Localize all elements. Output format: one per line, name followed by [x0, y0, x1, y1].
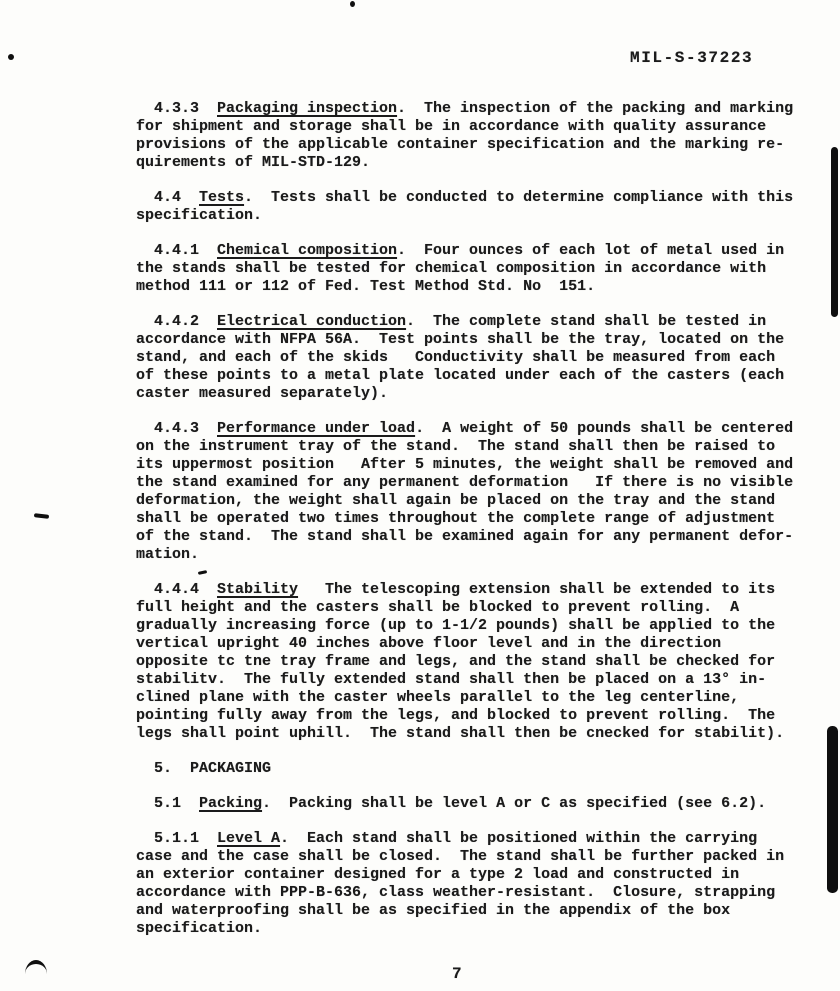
body-text: 5.1.1: [136, 830, 217, 847]
body-text: The telescoping extension shall be exten…: [136, 581, 784, 742]
document-body: 4.3.3 Packaging inspection. The inspecti…: [136, 100, 836, 955]
scan-arc-bottom-left: [25, 960, 47, 974]
scan-edge-bar-upper: [831, 147, 838, 317]
para-4-4-1: 4.4.1 Chemical composition. Four ounces …: [136, 242, 836, 296]
para-5-1: 5.1 Packing. Packing shall be level A or…: [136, 795, 836, 813]
para-4-4-3: 4.4.3 Performance under load. A weight o…: [136, 420, 836, 564]
para-5: 5. PACKAGING: [136, 760, 836, 778]
para-4-4-2: 4.4.2 Electrical conduction. The complet…: [136, 313, 836, 403]
scanned-document-page: MIL-S-37223 4.3.3 Packaging inspection. …: [0, 0, 840, 991]
para-4-4: 4.4 Tests. Tests shall be conducted to d…: [136, 189, 836, 225]
body-text: 4.3.3: [136, 100, 217, 117]
section-title: Electrical conduction: [217, 313, 406, 330]
para-4-4-4: 4.4.4 Stability The telescoping extensio…: [136, 581, 836, 743]
body-text: 4.4.2: [136, 313, 217, 330]
scan-edge-bar-lower: [827, 726, 838, 893]
body-text: 4.4: [136, 189, 199, 206]
body-text: 5.1: [136, 795, 199, 812]
page-number: 7: [452, 965, 462, 983]
body-text: 4.4.1: [136, 242, 217, 259]
body-text: 4.4.4: [136, 581, 217, 598]
scan-dash-left-margin: [34, 513, 49, 519]
body-text: 4.4.3: [136, 420, 217, 437]
document-reference: MIL-S-37223: [630, 49, 753, 67]
scan-speck-top: [350, 1, 355, 7]
scan-speck-left: [8, 54, 14, 60]
body-text: . A weight of 50 pounds shall be centere…: [136, 420, 793, 563]
para-5-1-1: 5.1.1 Level A. Each stand shall be posit…: [136, 830, 836, 938]
section-title: Tests: [199, 189, 244, 206]
section-title: Stability: [217, 581, 298, 598]
section-title: Chemical composition: [217, 242, 397, 259]
para-4-3-3: 4.3.3 Packaging inspection. The inspecti…: [136, 100, 836, 172]
section-title: Performance under load: [217, 420, 415, 437]
section-title: Packing: [199, 795, 262, 812]
body-text: 5. PACKAGING: [136, 760, 271, 777]
section-title: Level A: [217, 830, 280, 847]
body-text: . Packing shall be level A or C as speci…: [262, 795, 766, 812]
section-title: Packaging inspection: [217, 100, 397, 117]
